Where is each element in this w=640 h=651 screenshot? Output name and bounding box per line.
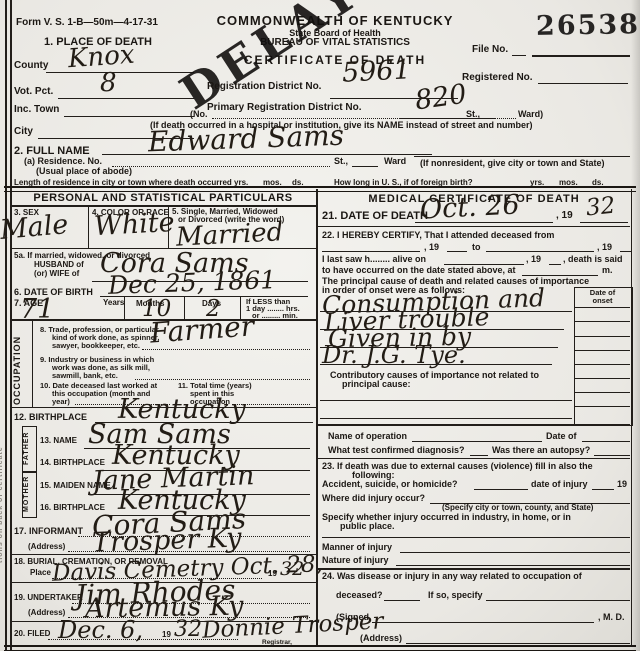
signed-label: (Signed <box>336 613 369 622</box>
registrar-label: Registrar, <box>262 640 292 647</box>
certify-from-year-prefix: , 19 <box>424 243 439 252</box>
signed-line <box>372 622 594 623</box>
contributory-bottom-rule <box>318 424 630 426</box>
personal-section-title: PERSONAL AND STATISTICAL PARTICULARS <box>10 193 316 205</box>
undertaker-label: 19. UNDERTAKER <box>14 594 83 602</box>
injury-year-prefix: 19 <box>617 480 627 489</box>
dob-value-handwritten: Dec 25, 1861 <box>108 267 277 298</box>
inc-town-label: Inc. Town <box>14 105 59 116</box>
voting-precinct-value-handwritten: 8 <box>100 70 117 96</box>
age-years-header: Years <box>103 299 124 307</box>
certify-to-line <box>486 251 594 252</box>
birthplace-label: 12. BIRTHPLACE <box>14 413 87 422</box>
registration-district-label: Registration District No. <box>207 82 321 93</box>
occupation-box-left <box>32 320 33 407</box>
registered-no-line <box>538 83 628 84</box>
nonresident-note: (If nonresident, give city or town and S… <box>420 159 605 168</box>
date-of-injury-line <box>592 489 614 490</box>
specify-blank-line <box>322 537 630 538</box>
certify-from-year-line <box>447 251 467 252</box>
street-no-label: (No. <box>190 110 208 119</box>
date-of-death-year-line <box>580 222 628 223</box>
date-of-death-year-prefix: , 19 <box>556 211 573 222</box>
voting-precinct-line <box>58 98 194 99</box>
abode-note: (Usual place of abode) <box>36 167 132 176</box>
manner-of-injury-label: Manner of injury <box>322 543 392 552</box>
last-saw-year-prefix: , 19 <box>526 255 541 264</box>
date-of-death-label: 21. DATE OF DEATH <box>322 211 428 223</box>
street-st-label: St., <box>466 110 480 119</box>
trade-value-handwritten: Farmer <box>149 312 255 347</box>
autopsy-line <box>594 455 630 456</box>
sex-race-divider <box>88 206 89 248</box>
burial-place-label: Place <box>30 569 51 577</box>
accident-line <box>474 489 528 490</box>
residence-ward-label: Ward <box>384 157 406 166</box>
date-of-death-value-handwritten: Oct. 26 <box>419 191 520 223</box>
father-vertical-label: FATHER <box>23 428 34 468</box>
last-saw-statement: I last saw h........ alive on <box>322 255 426 264</box>
primary-registration-district-value-handwritten: 820 <box>413 81 468 115</box>
cause-rule-4 <box>320 364 552 365</box>
nonresident-line <box>414 156 630 157</box>
death-certificate-document: tions on back of certificate Form V. S. … <box>0 0 640 651</box>
onset-header-line2: onset <box>576 297 629 305</box>
injury-bottom-rule <box>318 568 630 570</box>
if-so-specify-line <box>486 600 630 601</box>
onset-row-line <box>575 321 630 322</box>
test-bottom-rule <box>318 458 630 459</box>
file-no-line <box>532 55 630 57</box>
mother-vertical-label: MOTHER <box>23 474 34 514</box>
length-residence-label: Length of residence in city or town wher… <box>14 179 232 187</box>
date-of-death-bottom-rule <box>318 226 630 227</box>
filed-label: 20. FILED <box>14 630 50 638</box>
operation-label: Name of operation <box>328 432 407 441</box>
spouse-label-line3: (or) WIFE of <box>34 270 79 278</box>
physician-address-line <box>406 643 630 644</box>
us-yrs-label: yrs. <box>530 179 544 187</box>
residence-st-label: St., <box>334 157 348 166</box>
registration-district-value-handwritten: 5961 <box>341 56 411 87</box>
filed-year-value-handwritten: 32 <box>174 619 202 641</box>
operation-line <box>412 441 542 442</box>
specify-whether-line2: public place. <box>340 522 395 531</box>
us-mos-label: mos. <box>559 179 578 187</box>
operation-date-label: Date of <box>546 432 577 441</box>
contributory-rule-1 <box>320 400 572 401</box>
certify-to-word: to <box>472 243 481 252</box>
burial-year-value-handwritten: 32 <box>280 560 304 579</box>
industry-label-line3: sawmill, bank, etc. <box>52 372 118 380</box>
related-occupation-line1: 24. Was disease or injury in any way rel… <box>322 572 582 581</box>
last-worked-label-line3: year) <box>52 398 70 406</box>
trade-label-line3: sawyer, bookkeeper, etc. <box>52 342 140 350</box>
industry-line <box>135 379 310 380</box>
contributory-label-line2: principal cause: <box>342 380 411 389</box>
manner-of-injury-line <box>400 552 630 553</box>
race-value-handwritten: White <box>93 209 175 240</box>
certify-to-year-line <box>620 251 631 252</box>
sex-value-handwritten: Male <box>0 211 69 244</box>
contributory-rule-2 <box>320 418 572 419</box>
age-col-divider-1 <box>124 297 125 319</box>
onset-row-line <box>575 350 630 351</box>
operation-date-line <box>582 441 630 442</box>
residence-ward-line <box>352 166 378 167</box>
onset-row-line <box>575 406 630 407</box>
onset-row-line <box>575 336 630 337</box>
if-so-specify-label: If so, specify <box>428 591 483 600</box>
date-of-death-year-value-handwritten: 32 <box>585 195 617 221</box>
filed-year-prefix: 19 <box>162 631 171 639</box>
certify-from-line <box>322 251 420 252</box>
left-border-outer <box>5 0 7 651</box>
onset-row-line <box>575 307 630 308</box>
us-ds-label: ds. <box>592 179 604 187</box>
length-yrs-label: yrs. <box>234 179 248 187</box>
inc-town-line <box>64 116 194 117</box>
informant-address-value-handwritten: Trosper Ky <box>92 524 242 556</box>
filed-date-value-handwritten: Dec. 6, <box>58 618 143 642</box>
occupation-vertical-label: OCCUPATION <box>12 330 22 410</box>
autopsy-label: Was there an autopsy? <box>492 446 590 455</box>
onset-row-line <box>575 392 630 393</box>
last-saw-year-line <box>549 264 561 265</box>
file-no-label: File No. <box>472 45 508 56</box>
onset-row-line <box>575 364 630 365</box>
informant-address-label: (Address) <box>28 543 65 551</box>
certify-to-year-prefix: , 19 <box>597 243 612 252</box>
physician-address-label: (Address) <box>360 634 402 643</box>
md-label: , M. D. <box>598 613 625 622</box>
bottom-border-rule <box>4 645 636 651</box>
informant-label: 17. INFORMANT <box>14 527 83 536</box>
father-name-label: 13. NAME <box>40 437 77 445</box>
residence-no-line <box>112 166 330 167</box>
nature-of-injury-line <box>396 565 630 566</box>
date-of-injury-label: date of injury <box>531 480 588 489</box>
certify-statement: 22. I HEREBY CERTIFY, That I attended de… <box>322 231 554 240</box>
deceased-line <box>384 600 420 601</box>
certificate-serial-number: 26538 <box>536 9 640 42</box>
test-label: What test confirmed diagnosis? <box>328 446 465 455</box>
deceased-label: deceased? <box>336 591 383 600</box>
form-number: Form V. S. 1-B—50m—4-17-31 <box>16 18 158 29</box>
length-mos-label: mos. <box>263 179 282 187</box>
where-injury-label: Where did injury occur? <box>322 494 425 503</box>
accident-label: Accident, suicide, or homicide? <box>322 480 458 489</box>
street-ward-label: Ward) <box>518 110 543 119</box>
length-ds-label: ds. <box>292 179 304 187</box>
city-label: City <box>14 127 33 138</box>
full-name-value-handwritten: Edward Sams <box>148 122 345 157</box>
occurred-m-label: m. <box>602 266 613 275</box>
occurred-statement: to have occurred on the date stated abov… <box>322 266 516 275</box>
voting-precinct-label: Vot. Pct. <box>14 87 53 98</box>
trade-line <box>142 349 310 350</box>
us-length-label: How long in U. S., if of foreign birth? <box>334 179 473 187</box>
death-is-said-text: , death is said <box>563 255 623 264</box>
registered-no-label: Registered No. <box>462 73 533 84</box>
margin-note-vertical: tions on back of certificate <box>0 400 4 610</box>
county-label: County <box>14 61 48 72</box>
test-line <box>470 455 488 456</box>
nature-of-injury-label: Nature of injury <box>322 556 389 565</box>
street-ward-line <box>486 118 516 119</box>
primary-registration-district-label: Primary Registration District No. <box>207 103 361 114</box>
burial-year-prefix: 19 <box>268 570 277 578</box>
onset-row-line <box>575 378 630 379</box>
marital-value-handwritten: Married <box>175 219 284 251</box>
file-no-dash <box>512 55 526 56</box>
